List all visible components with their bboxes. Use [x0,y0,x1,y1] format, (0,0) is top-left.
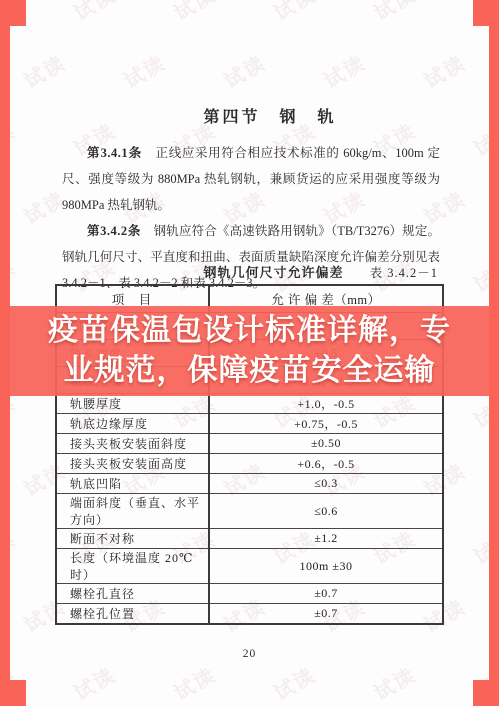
clause-label: 第3.4.1条 [87,146,142,160]
table-reference-number: 表 3.4.2－1 [370,263,438,281]
row-value: ±0.50 [209,434,443,454]
table-row: 端面斜度（垂直、水平方向）≤0.6 [56,494,443,529]
row-value: 100m ±30 [209,549,443,584]
row-value: ≤0.6 [209,494,443,529]
row-value: +0.75，-0.5 [209,414,443,434]
table-row: 断面不对称±1.2 [56,529,443,549]
row-value: +0.6，-0.5 [209,454,443,474]
row-item: 长度（环境温度 20℃ 时） [56,549,209,584]
banner-text-line-2: 业规范，保障疫苗安全运输 [64,351,436,391]
banner-text-line-1: 疫苗保温包设计标准详解，专 [48,311,451,351]
row-item: 接头夹板安装面高度 [56,454,209,474]
row-item: 接头夹板安装面斜度 [56,434,209,454]
table-row: 轨底边缘厚度+0.75，-0.5 [56,414,443,434]
row-value: ±0.7 [209,604,443,625]
row-value: ≤0.3 [209,474,443,494]
table-row: 轨腰厚度+1.0，-0.5 [56,394,443,414]
row-item: 轨底边缘厚度 [56,414,209,434]
page-number: 20 [0,648,499,660]
table-row: 轨底凹陷≤0.3 [56,474,443,494]
table-row: 接头夹板安装面高度+0.6，-0.5 [56,454,443,474]
row-item: 轨腰厚度 [56,394,209,414]
promo-overlay-banner[interactable]: 疫苗保温包设计标准详解，专 业规范，保障疫苗安全运输 [0,306,499,396]
section-title: 第四节 钢 轨 [81,104,459,127]
row-value: ±0.7 [209,584,443,604]
table-caption-row: 钢轨几何尺寸允许偏差 表 3.4.2－1 [55,262,444,282]
table-row: 螺栓孔直径±0.7 [56,584,443,604]
row-item: 断面不对称 [56,529,209,549]
row-item: 端面斜度（垂直、水平方向） [56,494,209,529]
table-row: 螺栓孔位置±0.7 [56,604,443,625]
table-row: 长度（环境温度 20℃ 时）100m ±30 [56,549,443,584]
row-item: 螺栓孔位置 [56,604,209,625]
scanned-document-page: 试读试读试读试读试读试读试读试读试读试读试读试读试读试读试读试读试读试读试读试读… [0,0,499,706]
row-item: 螺栓孔直径 [56,584,209,604]
clause-label: 第3.4.2条 [87,224,141,238]
row-value: +1.0，-0.5 [209,394,443,414]
paragraph-3-4-1: 第3.4.1条 正线应采用符合相应技术标准的 60kg/m、100m 定尺、强度… [62,140,440,218]
row-value: ±1.2 [209,529,443,549]
row-item: 轨底凹陷 [56,474,209,494]
table-row: 接头夹板安装面斜度±0.50 [56,434,443,454]
